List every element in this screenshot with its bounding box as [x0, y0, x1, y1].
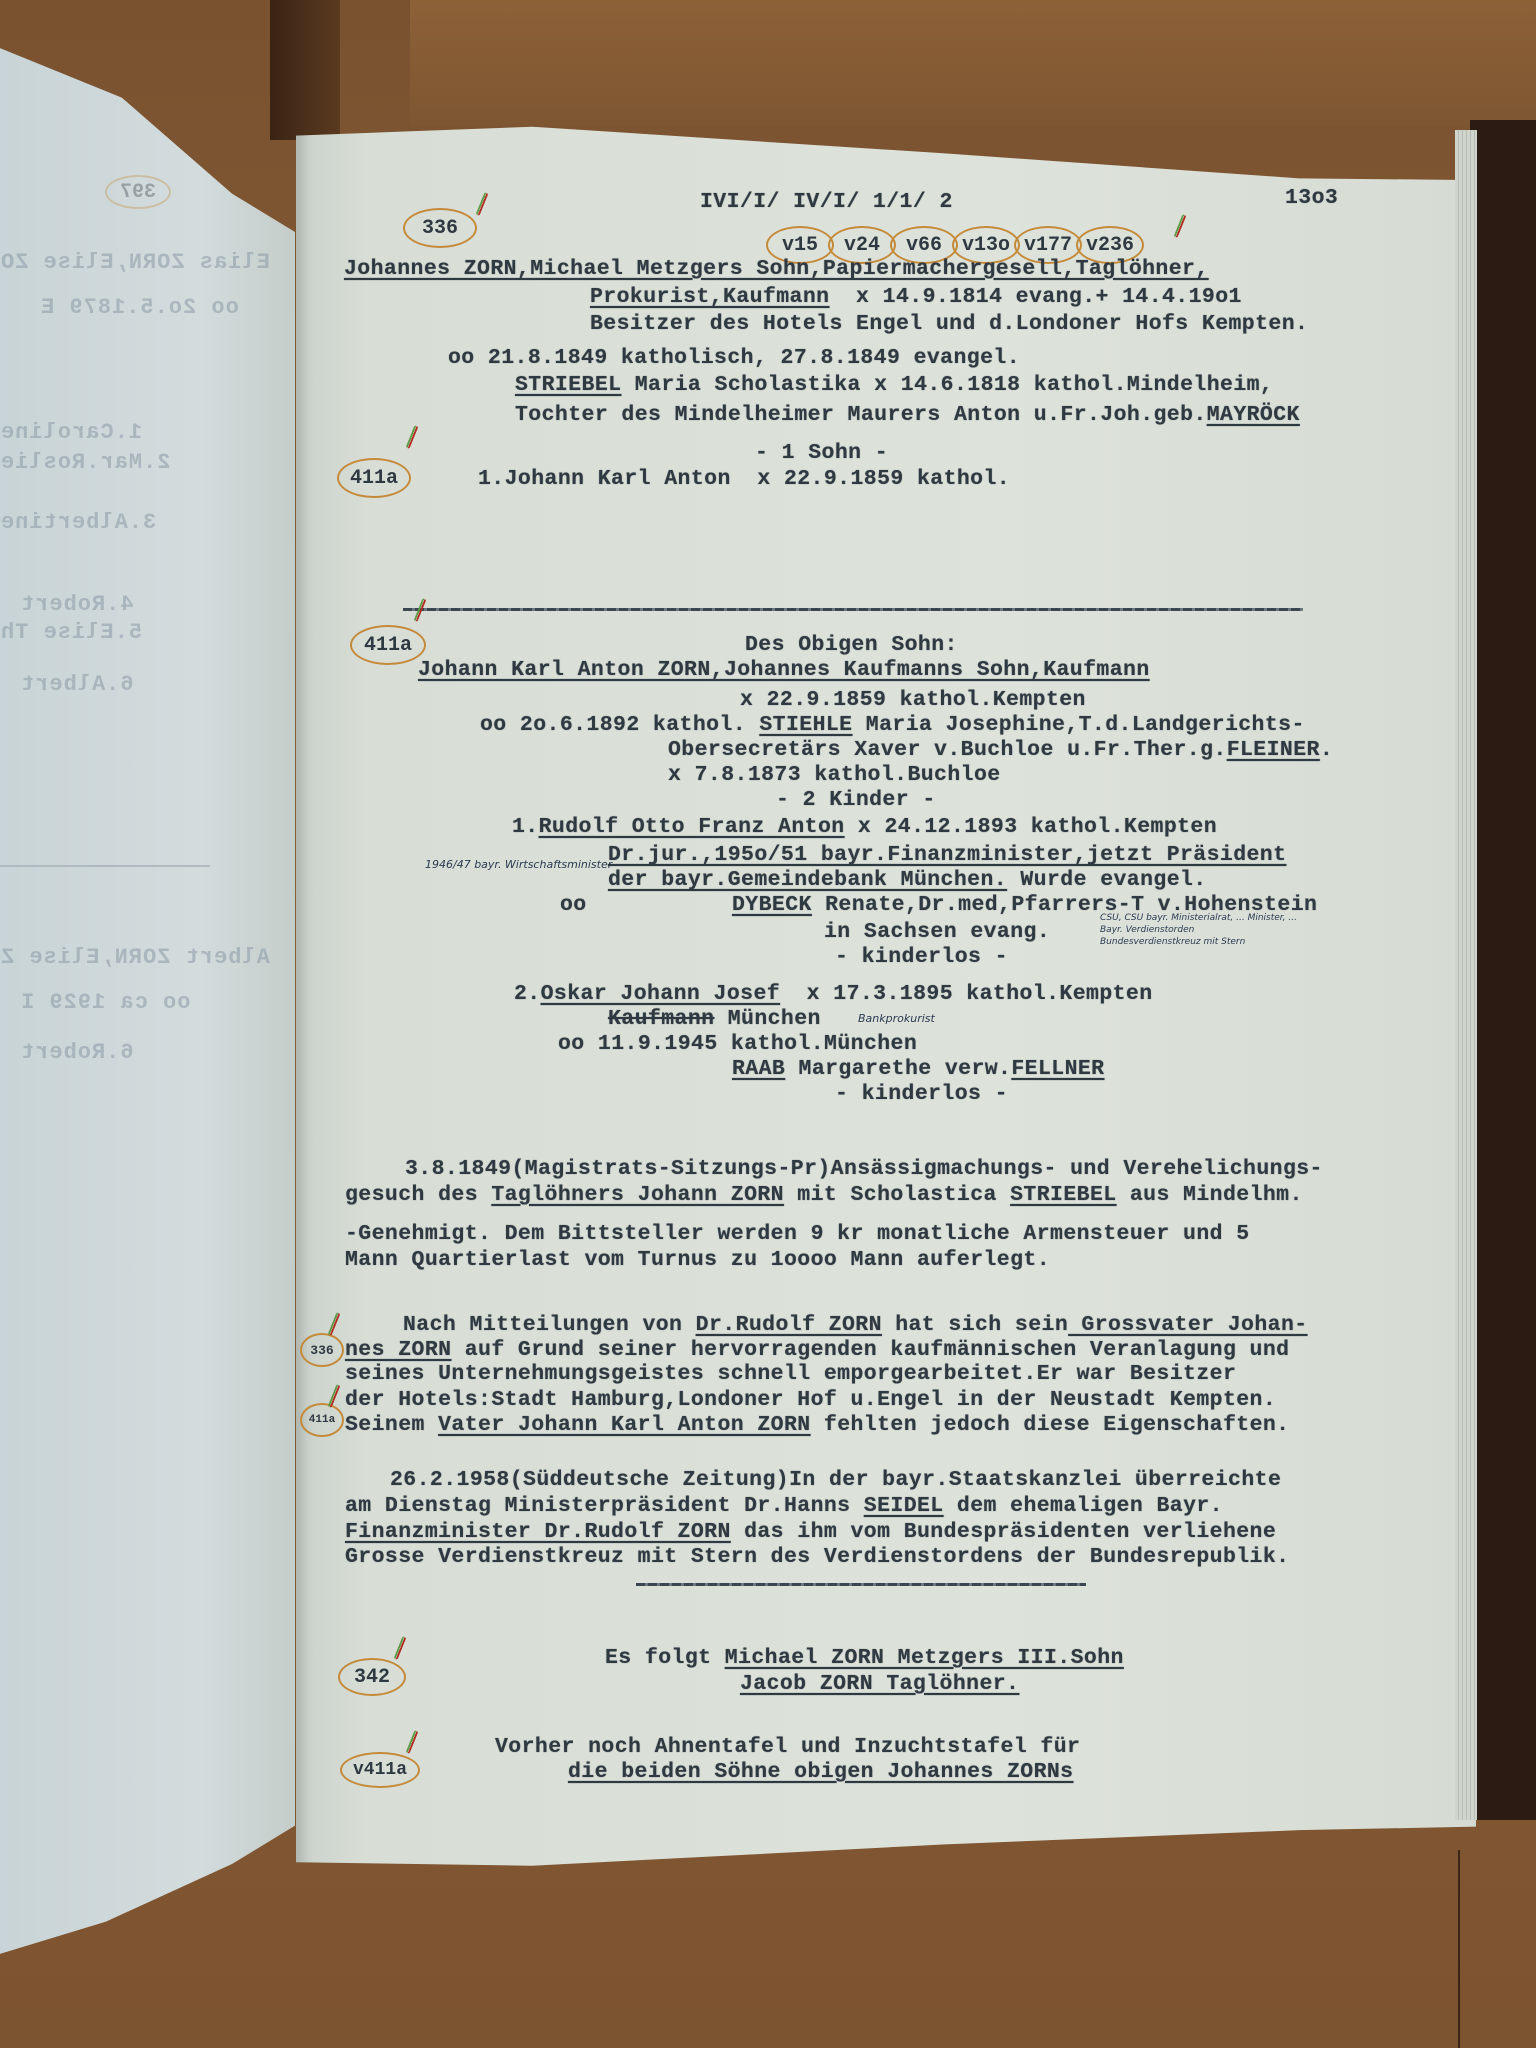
next-entry-text: Es folgt — [605, 1646, 725, 1670]
note-name: Dr.Rudolf ZORN — [696, 1313, 882, 1337]
note-paragraph-line: Seinem Vater Johann Karl Anton ZORN fehl… — [345, 1413, 1289, 1437]
occupation-text: Prokurist,Kaufmann — [590, 285, 829, 309]
before-ref-circle: v411a — [340, 1752, 420, 1788]
child-birth: x 24.12.1893 kathol.Kempten — [845, 815, 1217, 839]
spouse-surname: STIEHLE — [759, 713, 852, 737]
handwritten-note: CSU, CSU bayr. Ministerialrat, ... Minis… — [1100, 912, 1297, 948]
child-title-text: der bayr.Gemeindebank München. — [608, 868, 1007, 892]
next-ref-label: 342 — [354, 1666, 390, 1689]
child-spouse-line: in Sachsen evang. — [824, 920, 1050, 944]
spouse-parents-line: Tochter des Mindelheimer Maurers Anton u… — [515, 403, 1300, 427]
note-text: fehlten jedoch diese Eigenschaften. — [811, 1413, 1290, 1437]
note-line: CSU, CSU bayr. Ministerialrat, ... Minis… — [1100, 912, 1297, 924]
note-paragraph-line: Nach Mitteilungen von Dr.Rudolf ZORN hat… — [403, 1313, 1308, 1337]
section-divider — [403, 608, 1303, 611]
marriage-date: oo 2o.6.1892 kathol. — [480, 713, 759, 737]
note-paragraph-line: -Genehmigt. Dem Bittsteller werden 9 kr … — [345, 1222, 1250, 1246]
child-line: 1.Johann Karl Anton x 22.9.1859 kathol. — [478, 467, 1010, 491]
handwritten-note: 1946/47 bayr. Wirtschaftsminister — [425, 858, 612, 873]
child-residence: München — [714, 1007, 820, 1031]
note-paragraph-line: Grosse Verdienstkreuz mit Stern des Verd… — [345, 1545, 1289, 1569]
struck-occupation: Kaufmann — [608, 1007, 714, 1031]
note-paragraph-line: Mann Quartierlast vom Turnus zu 1oooo Ma… — [345, 1248, 1050, 1272]
page-number: 13o3 — [1285, 186, 1338, 210]
check-tick-icon — [406, 425, 419, 449]
note-text: aus Mindelhm. — [1117, 1183, 1303, 1207]
next-entry-line: Jacob ZORN Taglöhner. — [740, 1672, 1019, 1696]
note-name: STRIEBEL — [1010, 1183, 1116, 1207]
note-text: dem ehemaligen Bayr. — [944, 1494, 1223, 1518]
note-name: Grossvater Johan- — [1068, 1313, 1307, 1337]
spouse-details: Margarethe verw. — [785, 1057, 1011, 1081]
note-name: Taglöhners Johann ZORN — [491, 1183, 784, 1207]
marriage-mark: oo — [560, 893, 587, 917]
note-name: nes ZORN — [345, 1338, 451, 1362]
note-text: Seinem — [345, 1413, 438, 1437]
child-ref-label: 411a — [350, 467, 398, 490]
document: IVI/I/ IV/I/ 1/1/ 2 13o3 336 v15v24v66v1… — [0, 0, 1536, 2048]
spouse-details: Maria Scholastika x 14.6.1818 kathol.Min… — [621, 373, 1273, 397]
note-text: mit Scholastica — [784, 1183, 1010, 1207]
section-divider — [636, 1583, 1086, 1586]
person-heading: Johannes ZORN,Michael Metzgers Sohn,Papi… — [344, 257, 1209, 281]
check-tick-icon — [1174, 214, 1187, 238]
note-line: Bundesverdienstkreuz mit Stern — [1100, 936, 1297, 948]
previous-surname: FELLNER — [1011, 1057, 1104, 1081]
cross-ref-label: v236 — [1086, 234, 1134, 257]
note-paragraph-line: Finanzminister Dr.Rudolf ZORN das ihm vo… — [345, 1520, 1276, 1544]
child-index: 2. — [514, 982, 541, 1006]
child-index: 1. — [512, 815, 539, 839]
person-heading: Johann Karl Anton ZORN,Johannes Kaufmann… — [418, 658, 1150, 682]
check-tick-icon — [328, 1384, 341, 1408]
check-tick-icon — [476, 192, 489, 216]
note-paragraph-line: am Dienstag Ministerpräsident Dr.Hanns S… — [345, 1494, 1223, 1518]
child-birth: x 17.3.1895 kathol.Kempten — [780, 982, 1152, 1006]
cross-ref-label: v13o — [962, 234, 1010, 257]
child-children: - kinderlos - — [835, 1082, 1008, 1106]
next-entry-name: Michael ZORN Metzgers III.Sohn — [725, 1646, 1124, 1670]
note-text: hat sich sein — [882, 1313, 1068, 1337]
child-name: Rudolf Otto Franz Anton — [539, 815, 845, 839]
child-line: 2.Oskar Johann Josef x 17.3.1895 kathol.… — [514, 982, 1153, 1006]
child-religion: Wurde evangel. — [1007, 868, 1207, 892]
mother-surname: MAYRÖCK — [1207, 403, 1300, 427]
punctuation: . — [1320, 738, 1333, 762]
person-property-line: Besitzer des Hotels Engel und d.Londoner… — [590, 312, 1308, 336]
next-entry-line: Es folgt Michael ZORN Metzgers III.Sohn — [605, 1646, 1124, 1670]
child-line: 1.Rudolf Otto Franz Anton x 24.12.1893 k… — [512, 815, 1217, 839]
note-paragraph-line: der Hotels:Stadt Hamburg,Londoner Hof u.… — [345, 1388, 1276, 1412]
spouse-details: Maria Josephine,T.d.Landgerichts- — [852, 713, 1304, 737]
spouse-surname: RAAB — [732, 1057, 785, 1081]
spouse-surname: STRIEBEL — [515, 373, 621, 397]
note-text: gesuch des — [345, 1183, 491, 1207]
note-paragraph-line: seines Unternehmungsgeistes schnell empo… — [345, 1362, 1236, 1386]
closing-note-line: die beiden Söhne obigen Johannes ZORNs — [568, 1760, 1073, 1784]
closing-note-line: Vorher noch Ahnentafel und Inzuchtstafel… — [495, 1735, 1080, 1759]
next-ref-circle: 342 — [338, 1658, 406, 1696]
child-title-line: der bayr.Gemeindebank München. Wurde eva… — [608, 868, 1207, 892]
entry-ref-circle: 336 — [403, 208, 477, 248]
child-name: Oskar Johann Josef — [541, 982, 780, 1006]
note-paragraph-line: gesuch des Taglöhners Johann ZORN mit Sc… — [345, 1183, 1303, 1207]
note-name: Vater Johann Karl Anton ZORN — [438, 1413, 810, 1437]
margin-ref-label: 411a — [309, 1414, 335, 1426]
spouse-line: STRIEBEL Maria Scholastika x 14.6.1818 k… — [515, 373, 1273, 397]
margin-ref-circle: 411a — [300, 1403, 344, 1437]
reference-path: IVI/I/ IV/I/ 1/1/ 2 — [700, 190, 953, 214]
check-tick-icon — [406, 1730, 419, 1754]
mother-surname: FLEINER — [1227, 738, 1320, 762]
child-title-line: Dr.jur.,195o/51 bayr.Finanzminister,jetz… — [608, 843, 1286, 867]
cross-ref-label: v24 — [844, 234, 880, 257]
note-text: auf Grund seiner hervorragenden kaufmänn… — [451, 1338, 1289, 1362]
note-text: das ihm vom Bundespräsidenten verliehene — [731, 1520, 1276, 1544]
child-occupation-line: Kaufmann München — [608, 1007, 821, 1031]
note-text: Nach Mitteilungen von — [403, 1313, 696, 1337]
child-children: - kinderlos - — [835, 945, 1008, 969]
children-heading: - 1 Sohn - — [755, 441, 888, 465]
handwritten-note: Bankprokurist — [858, 1012, 935, 1027]
marriage-line: oo 21.8.1849 katholisch, 27.8.1849 evang… — [448, 346, 1020, 370]
margin-ref-circle: 336 — [300, 1333, 344, 1367]
before-ref-label: v411a — [353, 1760, 407, 1780]
note-line: Bayr. Verdienstorden — [1100, 924, 1297, 936]
note-name: Finanzminister Dr.Rudolf ZORN — [345, 1520, 731, 1544]
entry-ref-label: 411a — [364, 634, 412, 657]
child-ref-circle: 411a — [337, 458, 411, 498]
marriage-line: oo 11.9.1945 kathol.München — [558, 1032, 917, 1056]
note-text: am Dienstag Ministerpräsident Dr.Hanns — [345, 1494, 864, 1518]
note-paragraph-line: 3.8.1849(Magistrats-Sitzungs-Pr)Ansässig… — [405, 1157, 1323, 1181]
note-paragraph-line: nes ZORN auf Grund seiner hervorragenden… — [345, 1338, 1289, 1362]
birth-death-text: x 14.9.1814 evang.+ 14.4.19o1 — [829, 285, 1241, 309]
spouse-parents-line: Obersecretärs Xaver v.Buchloe u.Fr.Ther.… — [668, 738, 1333, 762]
check-tick-icon — [394, 1636, 407, 1660]
birth-line: x 22.9.1859 kathol.Kempten — [740, 688, 1086, 712]
margin-ref-label: 336 — [310, 1343, 333, 1358]
check-tick-icon — [328, 1312, 341, 1336]
cross-ref-label: v15 — [782, 234, 818, 257]
spouse-birth-line: x 7.8.1873 kathol.Buchloe — [668, 763, 1001, 787]
marriage-line: oo 2o.6.1892 kathol. STIEHLE Maria Josep… — [480, 713, 1305, 737]
note-paragraph-line: 26.2.1958(Süddeutsche Zeitung)In der bay… — [390, 1468, 1281, 1492]
entry-ref-circle: 411a — [350, 625, 426, 665]
cross-ref-label: v66 — [906, 234, 942, 257]
children-heading: - 2 Kinder - — [776, 788, 936, 812]
note-name: SEIDEL — [864, 1494, 944, 1518]
section-intro: Des Obigen Sohn: — [745, 633, 958, 657]
entry-ref-label: 336 — [422, 217, 458, 240]
spouse-surname: DYBECK — [732, 893, 812, 917]
child-spouse-line: RAAB Margarethe verw.FELLNER — [732, 1057, 1104, 1081]
spouse-parents-text: Obersecretärs Xaver v.Buchloe u.Fr.Ther.… — [668, 738, 1227, 762]
cross-ref-label: v177 — [1024, 234, 1072, 257]
person-occupation-line: Prokurist,Kaufmann x 14.9.1814 evang.+ 1… — [590, 285, 1242, 309]
spouse-parents-text: Tochter des Mindelheimer Maurers Anton u… — [515, 403, 1207, 427]
